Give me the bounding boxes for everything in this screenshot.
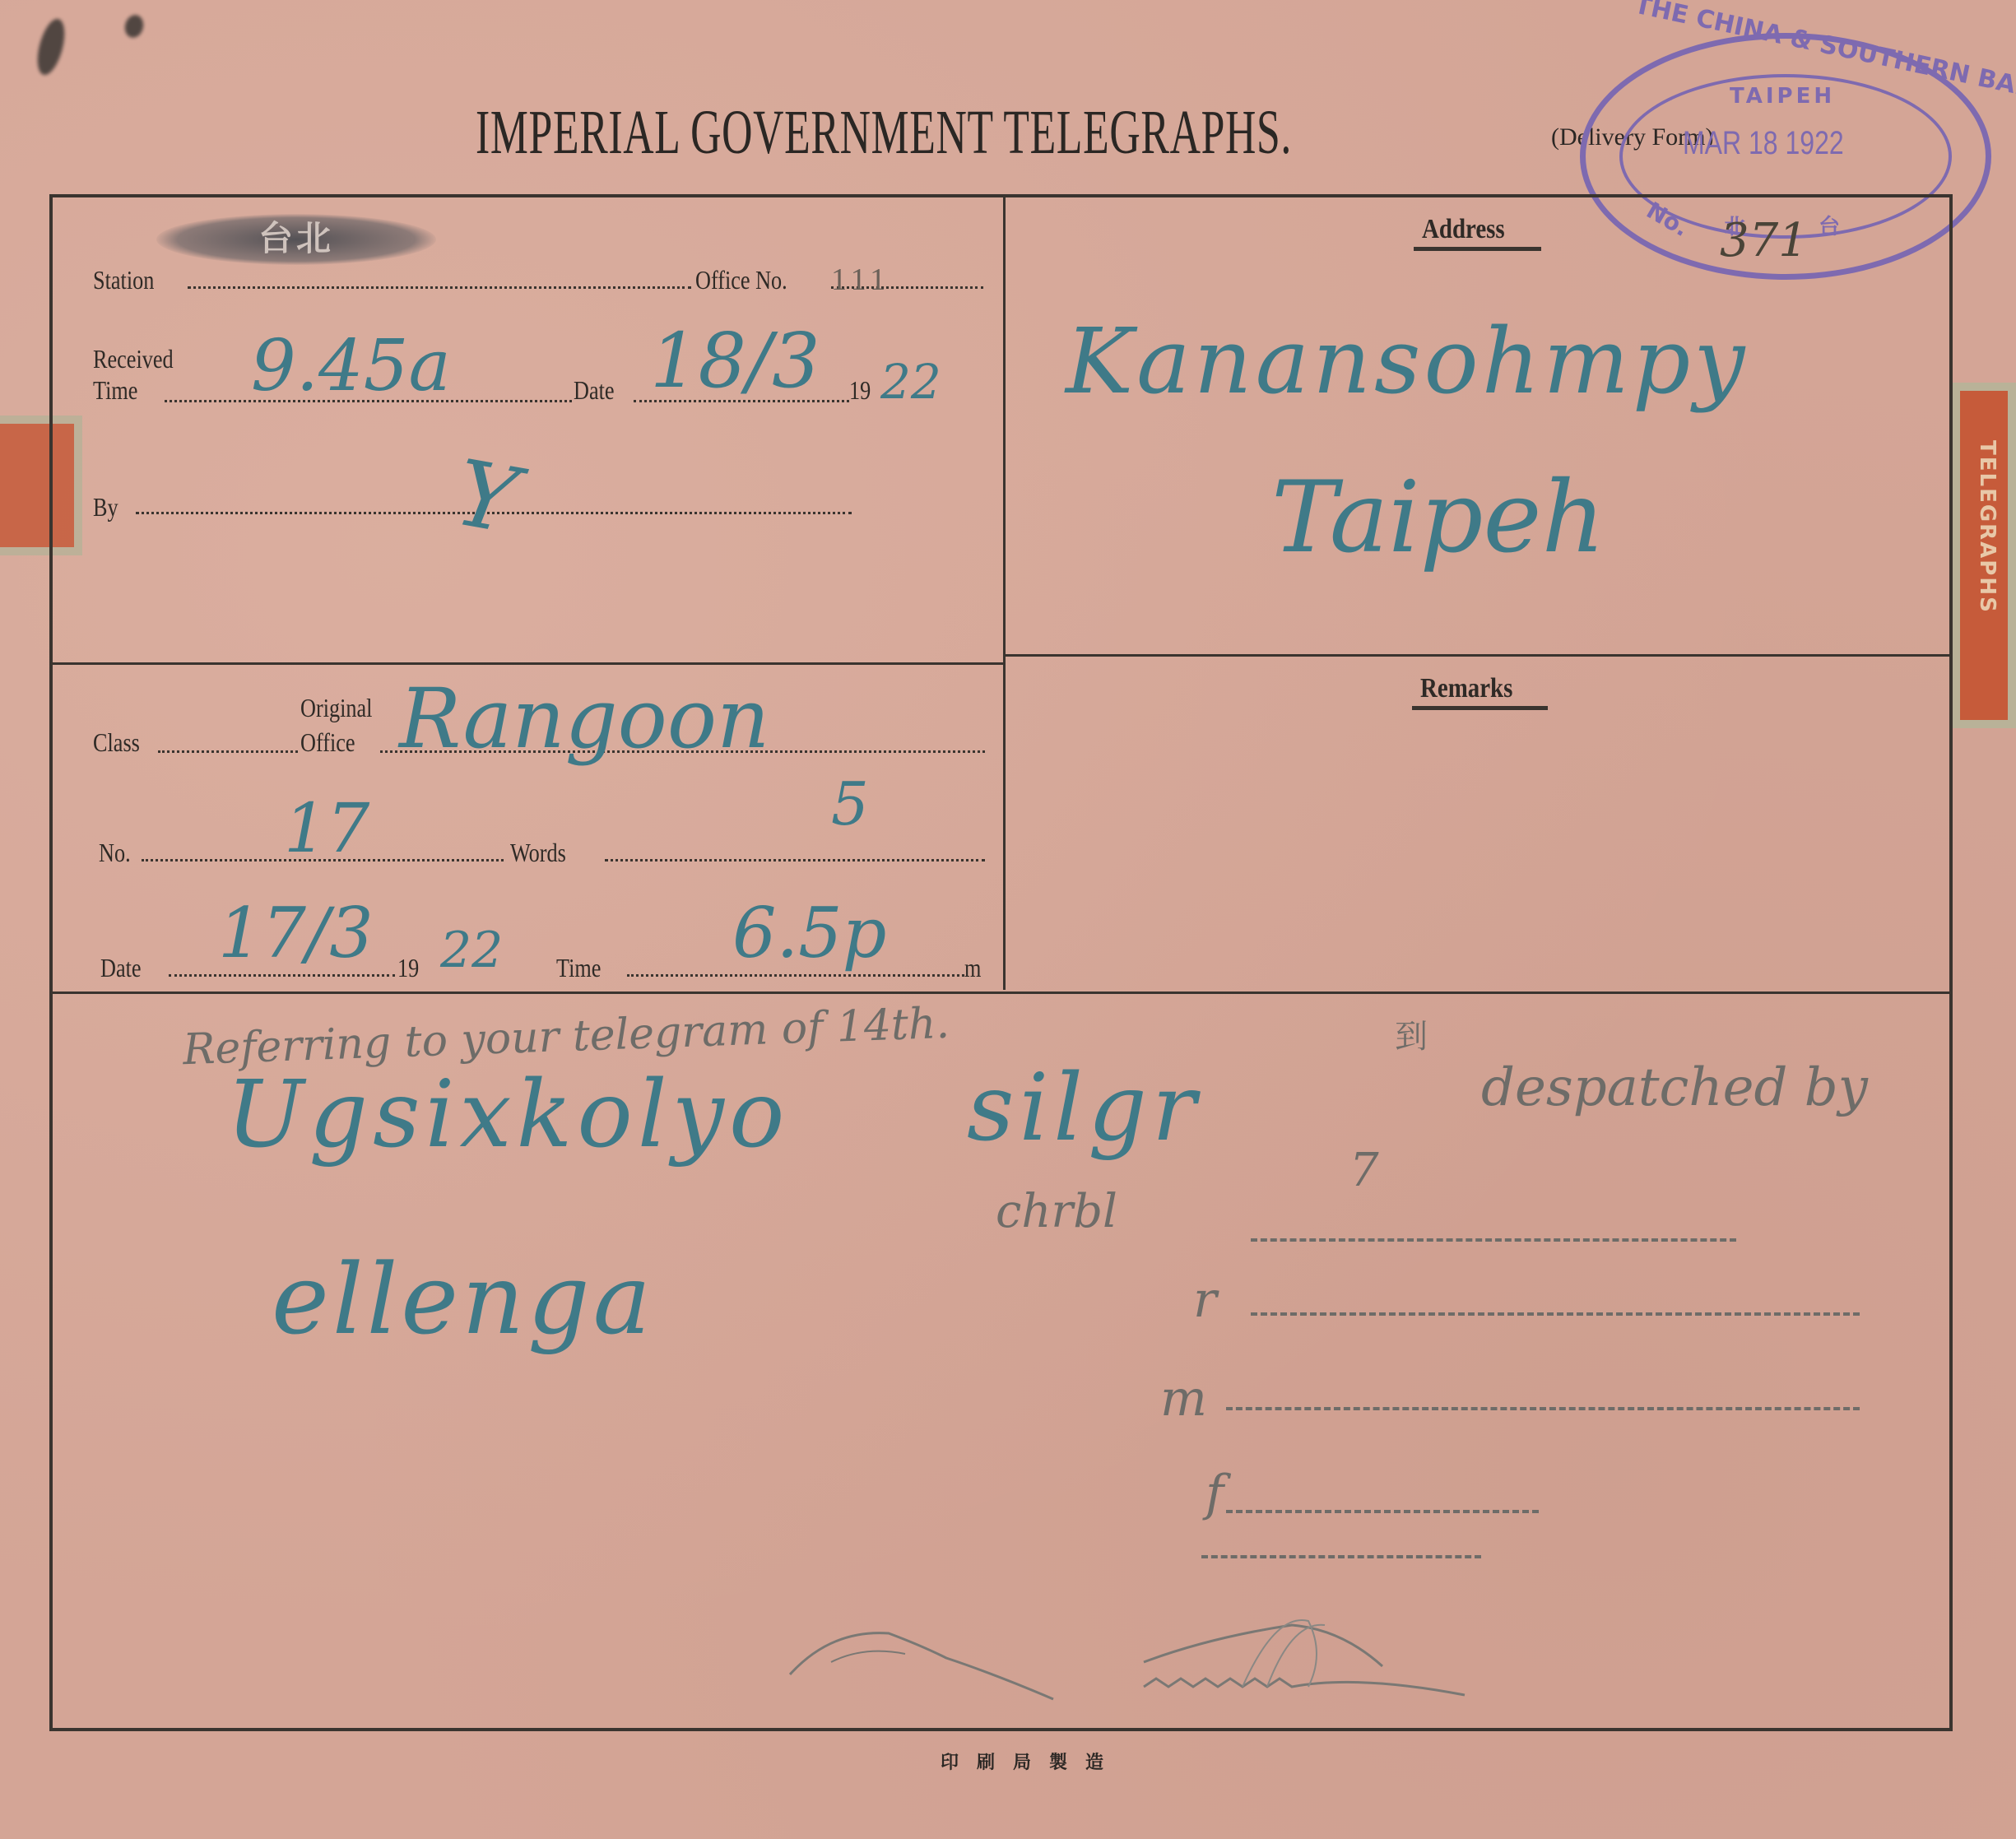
pencil-cjk-note: 到 xyxy=(1395,1010,1428,1057)
station-stamp: 台北 xyxy=(156,214,436,265)
original-office-label-line1: Original xyxy=(300,693,372,723)
code-word-3: ellenga xyxy=(272,1242,654,1356)
pencil-annotation: 7 xyxy=(1349,1144,1379,1197)
column-divider xyxy=(1003,196,1006,990)
words-field[interactable] xyxy=(605,859,985,861)
no-value: 17 xyxy=(284,790,369,868)
address-line2: Taipeh xyxy=(1271,461,1605,575)
ink-mark xyxy=(32,16,69,78)
no-label: No. xyxy=(99,838,131,868)
stamp-city: TAIPEH xyxy=(1730,84,1835,109)
printer-mark: 印刷局製造 xyxy=(941,1748,1122,1774)
pencil-dash-line xyxy=(1226,1407,1860,1410)
received-time-value: 9.45a xyxy=(251,325,451,407)
pencil-annotation: f xyxy=(1205,1465,1224,1522)
origin-time-label: Time xyxy=(556,953,601,983)
station-label: Station xyxy=(93,265,154,295)
pencil-dash-line xyxy=(1201,1555,1481,1558)
original-office-label: Office xyxy=(300,727,355,758)
words-value: 5 xyxy=(831,769,869,838)
origin-date-label: Date xyxy=(100,953,142,983)
class-field[interactable] xyxy=(158,750,298,753)
by-label: By xyxy=(93,492,118,522)
pencil-annotation: r xyxy=(1193,1271,1217,1329)
received-year-prefix: 19 xyxy=(849,375,871,406)
pencil-despatched-by: despatched by xyxy=(1481,1057,1868,1118)
origin-date-field[interactable] xyxy=(169,974,395,977)
received-date-value: 18/3 xyxy=(650,317,820,405)
remarks-heading: Remarks xyxy=(1420,673,1512,704)
origin-time-field[interactable] xyxy=(627,974,964,977)
office-no-label: Office No. xyxy=(695,265,787,295)
class-label: Class xyxy=(93,727,140,758)
pencil-dash-line xyxy=(1251,1238,1736,1242)
remarks-field[interactable] xyxy=(1020,724,1942,979)
document-title: IMPERIAL GOVERNMENT TELEGRAPHS. xyxy=(476,97,1292,169)
pencil-annotation: m xyxy=(1160,1370,1207,1428)
pencil-doodle-icon xyxy=(782,1596,1481,1711)
received-date-label: Date xyxy=(574,375,615,406)
revenue-stamp-right: TELEGRAPHS xyxy=(1952,383,2016,728)
office-no-value: 111 xyxy=(831,262,890,298)
origin-time-suffix: m xyxy=(964,953,981,983)
address-line1: Kanansohmpy xyxy=(1066,309,1748,414)
receipt-origin-divider xyxy=(51,662,1004,665)
ink-mark xyxy=(123,13,146,40)
station-field[interactable] xyxy=(188,286,691,289)
origin-time-value: 6.5p xyxy=(732,893,886,973)
pencil-dash-line xyxy=(1251,1312,1860,1316)
revenue-stamp-text: TELEGRAPHS xyxy=(1975,440,2000,614)
origin-year-value: 22 xyxy=(440,922,503,979)
received-year-value: 22 xyxy=(880,354,941,410)
origin-year-prefix: 19 xyxy=(397,953,419,983)
pencil-dash-line xyxy=(1226,1510,1539,1513)
body-divider xyxy=(51,991,1952,994)
address-remarks-divider xyxy=(1004,654,1952,657)
pencil-annotation: chrbl xyxy=(996,1185,1117,1238)
words-label: Words xyxy=(510,838,566,868)
code-word-1: Ugsixkolyo xyxy=(226,1061,789,1168)
received-label-line1: Received xyxy=(93,344,174,374)
code-word-2: silgr xyxy=(967,1055,1201,1162)
received-time-label: Time xyxy=(93,375,137,406)
original-office-value: Rangoon xyxy=(399,671,769,767)
address-heading: Address xyxy=(1422,214,1505,245)
address-heading-underline xyxy=(1414,247,1541,251)
remarks-heading-underline xyxy=(1412,706,1548,710)
origin-date-value: 17/3 xyxy=(218,893,374,973)
stamp-date: MAR 18 1922 xyxy=(1683,125,1844,162)
